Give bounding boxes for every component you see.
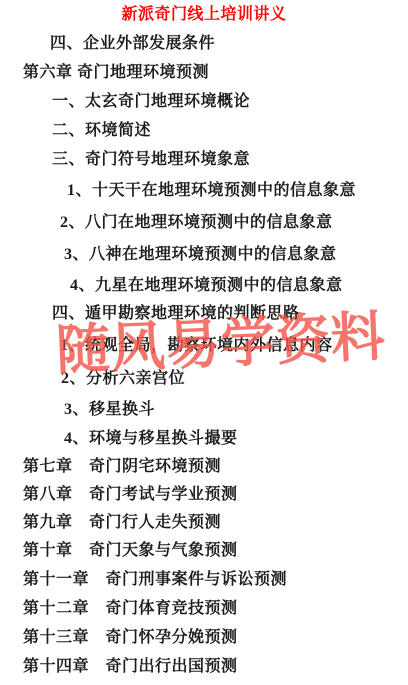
toc-line-sub: 4、九星在地理环境预测中的信息象意 [70,276,343,296]
toc-line-sub: 2、八门在地理环境预测中的信息象意 [60,213,333,233]
toc-line-section: 三、奇门符号地理环境象意 [52,150,250,170]
toc-line-sub: 3、八神在地理环境预测中的信息象意 [64,245,337,265]
toc-line-section: 四、遁甲勘察地理环境的判断思路 [52,304,300,324]
toc-line-chapter: 第九章 奇门行人走失预测 [23,513,221,533]
toc-line-section: 一、太玄奇门地理环境概论 [52,92,250,112]
toc-line-chapter: 第十一章 奇门刑事案件与诉讼预测 [23,570,287,590]
document-page: 新派奇门线上培训讲义 四、企业外部发展条件 第六章 奇门地理环境预测 一、太玄奇… [0,0,408,685]
toc-line-chapter: 第六章 奇门地理环境预测 [23,63,209,83]
toc-line-chapter: 第八章 奇门考试与学业预测 [23,485,238,505]
toc-line-sub: 4、环境与移星换斗撮要 [64,429,238,449]
toc-line-chapter: 第十三章 奇门怀孕分娩预测 [23,628,238,648]
toc-line-sub: 2、分析六亲宫位 [61,369,185,389]
toc-line-chapter: 第七章 奇门阴宅环境预测 [23,457,221,477]
toc-line-section: 二、环境简述 [52,121,151,141]
toc-line-chapter: 第十四章 奇门出行出国预测 [23,657,238,677]
document-title: 新派奇门线上培训讲义 [0,5,408,25]
toc-line-sub: 1、十天干在地理环境预测中的信息象意 [67,181,356,201]
toc-line-sub: 1、统观全局，勘察环境内外信息内容 [60,336,333,356]
toc-line-chapter: 第十二章 奇门体育竞技预测 [23,599,238,619]
toc-line-chapter: 第十章 奇门天象与气象预测 [23,541,238,561]
toc-line-section: 四、企业外部发展条件 [50,34,215,54]
toc-line-sub: 3、移星换斗 [64,400,155,420]
